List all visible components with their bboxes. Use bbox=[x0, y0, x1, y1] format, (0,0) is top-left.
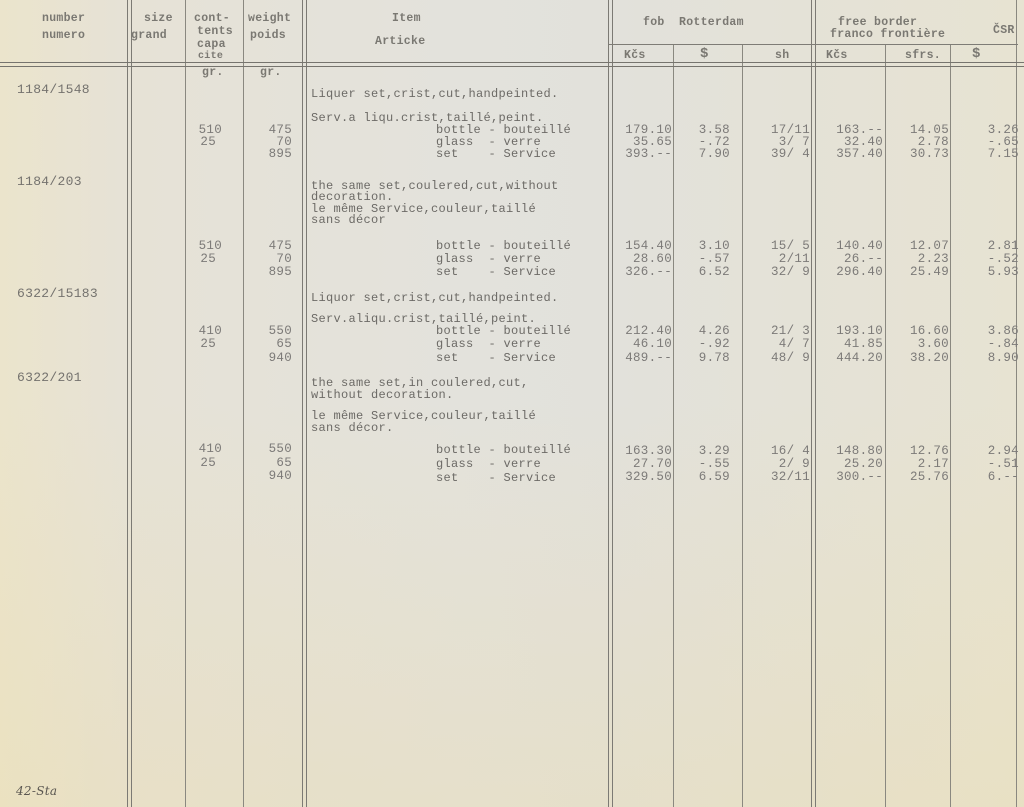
subheader-rule bbox=[609, 44, 1018, 45]
fob-kcs: 329.50 bbox=[612, 471, 672, 483]
border-kcs: 25.20 bbox=[815, 458, 883, 470]
weight-value: 940 bbox=[246, 470, 292, 482]
fob-kcs: 163.30 bbox=[612, 445, 672, 457]
column-divider bbox=[127, 0, 132, 807]
fob-usd: 3.10 bbox=[676, 240, 730, 252]
description-line: sans décor. bbox=[311, 422, 394, 434]
header-poids: poids bbox=[250, 30, 286, 42]
header-size: size bbox=[144, 13, 173, 25]
weight-value: 475 bbox=[246, 240, 292, 252]
weight-value: 65 bbox=[246, 338, 292, 350]
article-number: 1184/203 bbox=[17, 176, 82, 188]
header-fr-sfrs: sfrs. bbox=[905, 50, 941, 62]
item-name: glass - verre bbox=[436, 458, 541, 470]
header-number: number bbox=[42, 13, 85, 25]
border-sfrs: 12.07 bbox=[888, 240, 949, 252]
border-sfrs: 16.60 bbox=[888, 325, 949, 337]
article-number: 6322/201 bbox=[17, 372, 82, 384]
fob-usd: 7.90 bbox=[676, 148, 730, 160]
fob-kcs: 489.-- bbox=[612, 352, 672, 364]
column-divider bbox=[742, 44, 743, 807]
header-fob-rotterdam: fob Rotterdam bbox=[643, 17, 744, 29]
border-kcs: 444.20 bbox=[815, 352, 883, 364]
fob-sh: 32/ 9 bbox=[745, 266, 810, 278]
contents-value: 25 bbox=[188, 136, 216, 148]
border-sfrs: 2.23 bbox=[888, 253, 949, 265]
fob-usd: 6.59 bbox=[676, 471, 730, 483]
header-fob-sh: sh bbox=[775, 50, 789, 62]
border-usd: 3.86 bbox=[953, 325, 1019, 337]
column-divider bbox=[302, 0, 307, 807]
border-sfrs: 30.73 bbox=[888, 148, 949, 160]
border-kcs: 296.40 bbox=[815, 266, 883, 278]
description-line: sans décor bbox=[311, 214, 386, 226]
contents-value: 410 bbox=[188, 443, 222, 455]
header-fr-usd: $ bbox=[972, 48, 981, 60]
border-kcs: 148.80 bbox=[815, 445, 883, 457]
unit-contents-gr: gr. bbox=[202, 67, 224, 79]
fob-sh: 39/ 4 bbox=[745, 148, 810, 160]
article-number: 1184/1548 bbox=[17, 84, 90, 96]
border-usd: 7.15 bbox=[953, 148, 1019, 160]
item-name: bottle - bouteillé bbox=[436, 240, 571, 252]
header-fob-usd: $ bbox=[700, 48, 709, 60]
border-kcs: 357.40 bbox=[815, 148, 883, 160]
description-line: Liquer set,crist,cut,handpeinted. bbox=[311, 88, 559, 100]
contents-value: 510 bbox=[188, 240, 222, 252]
border-usd: 2.94 bbox=[953, 445, 1019, 457]
border-sfrs: 25.76 bbox=[888, 471, 949, 483]
unit-weight-gr: gr. bbox=[260, 67, 282, 79]
fob-sh: 15/ 5 bbox=[745, 240, 810, 252]
column-divider bbox=[243, 0, 244, 807]
border-sfrs: 38.20 bbox=[888, 352, 949, 364]
header-contents-2: tents bbox=[197, 26, 233, 38]
border-kcs: 41.85 bbox=[815, 338, 883, 350]
header-csr: ČSR bbox=[993, 25, 1015, 37]
fob-usd: -.57 bbox=[676, 253, 730, 265]
column-divider bbox=[608, 0, 613, 807]
fob-sh: 48/ 9 bbox=[745, 352, 810, 364]
fob-kcs: 393.-- bbox=[612, 148, 672, 160]
fob-kcs: 212.40 bbox=[612, 325, 672, 337]
header-weight: weight bbox=[248, 13, 291, 25]
column-divider bbox=[950, 44, 951, 807]
fob-sh: 2/ 9 bbox=[745, 458, 810, 470]
column-divider bbox=[811, 0, 816, 807]
item-name: bottle - bouteillé bbox=[436, 325, 571, 337]
weight-value: 70 bbox=[246, 253, 292, 265]
weight-value: 895 bbox=[246, 266, 292, 278]
header-numero: numero bbox=[42, 30, 85, 42]
item-name: bottle - bouteillé bbox=[436, 444, 571, 456]
border-sfrs: 2.17 bbox=[888, 458, 949, 470]
header-item: Item bbox=[392, 13, 421, 25]
header-grand: grand bbox=[131, 30, 167, 42]
fob-sh: 2/11 bbox=[745, 253, 810, 265]
column-divider bbox=[1016, 0, 1017, 807]
border-usd: 5.93 bbox=[953, 266, 1019, 278]
header-contents: cont- bbox=[194, 13, 230, 25]
fob-sh: 4/ 7 bbox=[745, 338, 810, 350]
header-contents-4: cite bbox=[198, 51, 223, 63]
fob-sh: 32/11 bbox=[745, 471, 810, 483]
weight-value: 895 bbox=[246, 148, 292, 160]
description-line: without decoration. bbox=[311, 389, 454, 401]
weight-value: 550 bbox=[246, 443, 292, 455]
weight-value: 65 bbox=[246, 457, 292, 469]
header-contents-3: capa bbox=[197, 39, 226, 51]
fob-usd: -.55 bbox=[676, 458, 730, 470]
item-name: set - Service bbox=[436, 352, 556, 364]
item-name: glass - verre bbox=[436, 253, 541, 265]
fob-sh: 16/ 4 bbox=[745, 445, 810, 457]
column-divider bbox=[185, 0, 186, 807]
column-divider bbox=[673, 44, 674, 807]
header-franco-frontiere: franco frontière bbox=[830, 29, 945, 41]
border-usd: 8.90 bbox=[953, 352, 1019, 364]
border-usd: 2.81 bbox=[953, 240, 1019, 252]
contents-value: 25 bbox=[188, 338, 216, 350]
fob-kcs: 326.-- bbox=[612, 266, 672, 278]
border-sfrs: 12.76 bbox=[888, 445, 949, 457]
fob-usd: -.92 bbox=[676, 338, 730, 350]
border-usd: -.84 bbox=[953, 338, 1019, 350]
border-usd: -.52 bbox=[953, 253, 1019, 265]
fob-usd: 9.78 bbox=[676, 352, 730, 364]
weight-value: 550 bbox=[246, 325, 292, 337]
fob-kcs: 46.10 bbox=[612, 338, 672, 350]
header-rule bbox=[0, 62, 1024, 67]
article-number: 6322/15183 bbox=[17, 288, 98, 300]
border-sfrs: 25.49 bbox=[888, 266, 949, 278]
contents-value: 25 bbox=[188, 457, 216, 469]
fob-usd: 4.26 bbox=[676, 325, 730, 337]
fob-usd: 3.29 bbox=[676, 445, 730, 457]
fob-usd: 6.52 bbox=[676, 266, 730, 278]
border-kcs: 26.-- bbox=[815, 253, 883, 265]
item-name: glass - verre bbox=[436, 338, 541, 350]
fob-kcs: 27.70 bbox=[612, 458, 672, 470]
border-usd: -.51 bbox=[953, 458, 1019, 470]
header-fob-kcs: Kčs bbox=[624, 50, 646, 62]
border-sfrs: 3.60 bbox=[888, 338, 949, 350]
fob-kcs: 154.40 bbox=[612, 240, 672, 252]
weight-value: 940 bbox=[246, 352, 292, 364]
fob-kcs: 28.60 bbox=[612, 253, 672, 265]
border-kcs: 193.10 bbox=[815, 325, 883, 337]
item-name: set - Service bbox=[436, 472, 556, 484]
description-line: Liquor set,crist,cut,handpeinted. bbox=[311, 292, 559, 304]
border-kcs: 140.40 bbox=[815, 240, 883, 252]
contents-value: 410 bbox=[188, 325, 222, 337]
header-article: Articke bbox=[375, 36, 425, 48]
column-divider bbox=[885, 44, 886, 807]
header-fr-kcs: Kčs bbox=[826, 50, 848, 62]
border-kcs: 300.-- bbox=[815, 471, 883, 483]
item-name: set - Service bbox=[436, 148, 556, 160]
item-name: set - Service bbox=[436, 266, 556, 278]
handwritten-note: 42-Sta bbox=[16, 785, 57, 797]
border-usd: 6.-- bbox=[953, 471, 1019, 483]
contents-value: 25 bbox=[188, 253, 216, 265]
fob-sh: 21/ 3 bbox=[745, 325, 810, 337]
